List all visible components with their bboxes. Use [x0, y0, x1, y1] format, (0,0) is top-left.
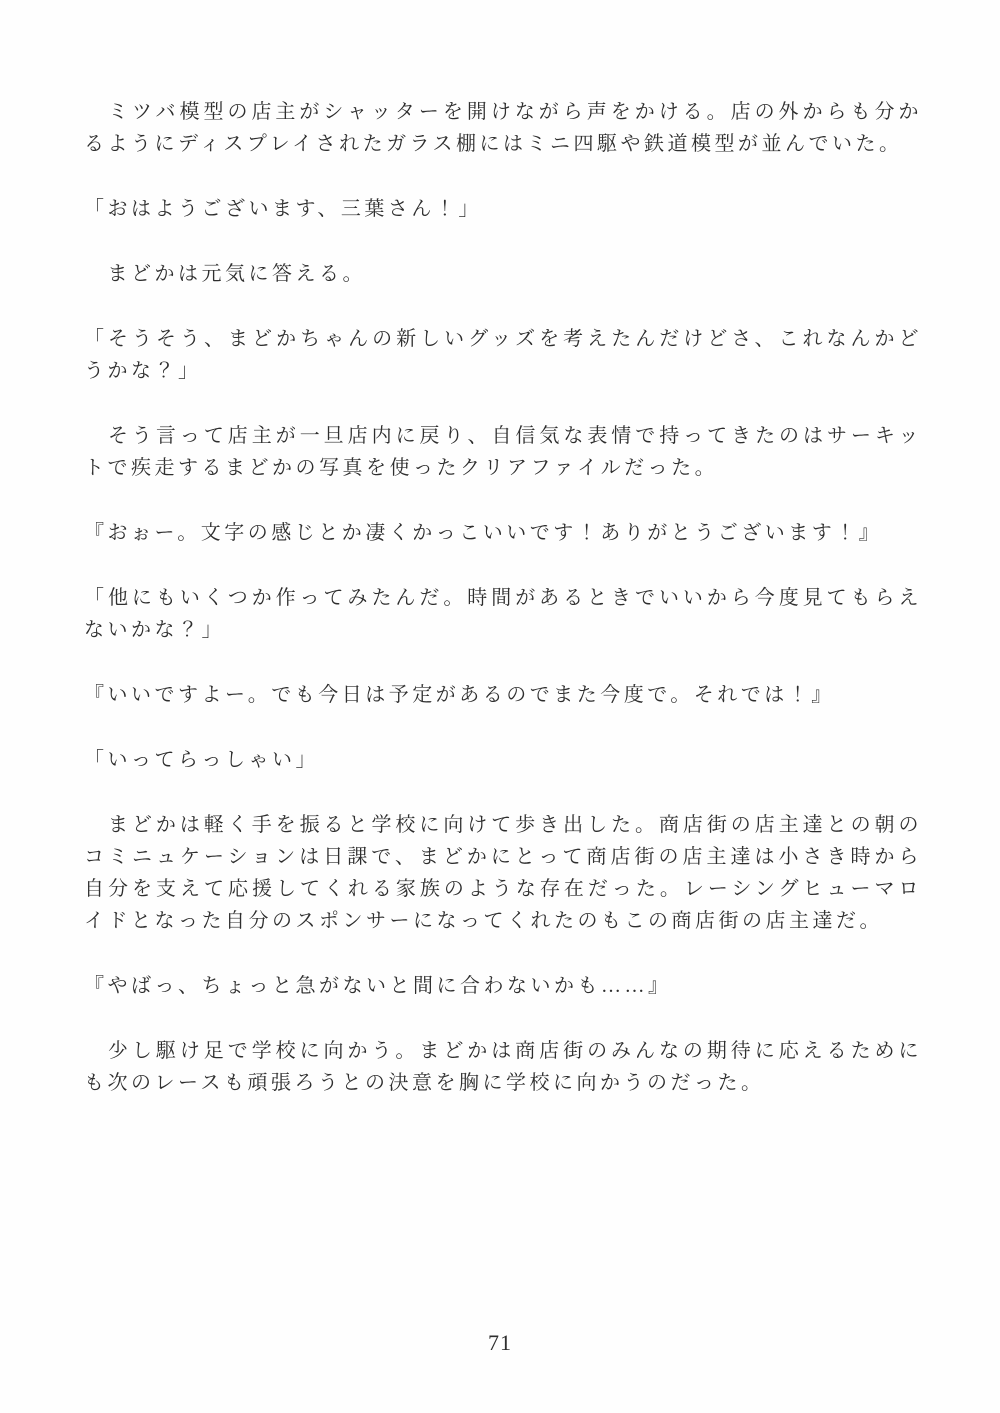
paragraph: まどかは軽く手を振ると学校に向けて歩き出した。商店街の店主達との朝のコミニュケー… — [84, 809, 922, 937]
paragraph: 「そうそう、まどかちゃんの新しいグッズを考えたんだけどさ、これなんかどうかな？」 — [84, 323, 922, 387]
paragraph: 『いいですよー。でも今日は予定があるのでまた今度で。それでは！』 — [84, 679, 922, 711]
paragraph: 「他にもいくつか作ってみたんだ。時間があるときでいいから今度見てもらえないかな？… — [84, 582, 922, 646]
paragraph: ミツバ模型の店主がシャッターを開けながら声をかける。店の外からも分かるようにディ… — [84, 96, 922, 160]
paragraph: 少し駆け足で学校に向かう。まどかは商店街のみんなの期待に応えるためにも次のレース… — [84, 1035, 922, 1099]
paragraph: 「いってらっしゃい」 — [84, 744, 922, 776]
paragraph: 「おはようございます、三葉さん！」 — [84, 193, 922, 225]
document-page: ミツバ模型の店主がシャッターを開けながら声をかける。店の外からも分かるようにディ… — [0, 0, 1000, 1413]
page-number: 71 — [0, 1330, 1000, 1356]
paragraph: 『やばっ、ちょっと急がないと間に合わないかも……』 — [84, 970, 922, 1002]
paragraph: まどかは元気に答える。 — [84, 258, 922, 290]
paragraph: そう言って店主が一旦店内に戻り、自信気な表情で持ってきたのはサーキットで疾走する… — [84, 420, 922, 484]
paragraph: 『おぉー。文字の感じとか凄くかっこいいです！ありがとうございます！』 — [84, 517, 922, 549]
text-block: ミツバ模型の店主がシャッターを開けながら声をかける。店の外からも分かるようにディ… — [84, 96, 922, 1132]
